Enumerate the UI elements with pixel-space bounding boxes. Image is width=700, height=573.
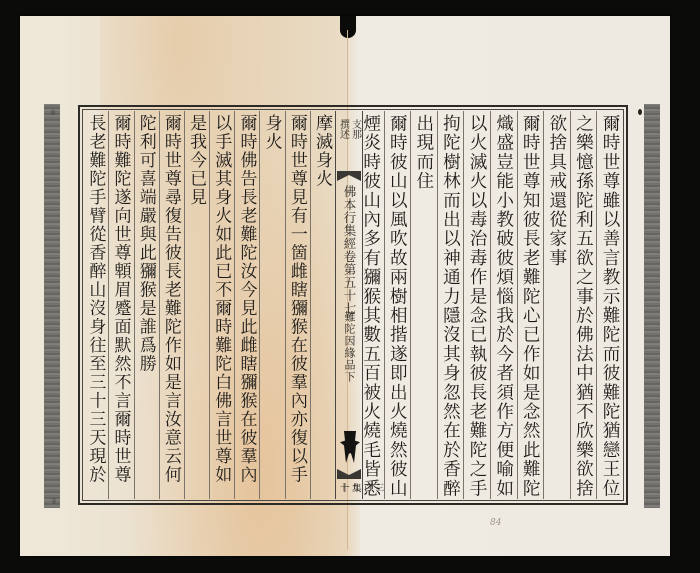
- text-column: 爾時世尊雖以善言教示難陀而彼難陀猶戀王位自在: [596, 111, 623, 499]
- binding-hole-right: [638, 109, 642, 115]
- fishtail-mark-top: [337, 171, 361, 181]
- spine-notch: [340, 16, 356, 38]
- left-page: 摩滅身火 爾時世尊見有一箇雌瞎獼猴在彼羣內亦復以手撲滅 身火 爾時佛告長老難陀汝…: [83, 111, 335, 499]
- right-edge-ink-bar: [644, 104, 660, 508]
- text-column: 長老難陀手臂從香醉山沒身往至三十三天現於波利: [83, 111, 108, 499]
- text-column: 煙炎時彼山內多有獼猴其數五百被火燒毛皆悉存趣: [357, 111, 384, 499]
- text-column: 身火: [259, 111, 284, 499]
- text-column: 熾盛豈能小教破彼煩惱我於今者須作方便喻如世間: [490, 111, 517, 499]
- left-edge-ink-bar: [44, 104, 60, 508]
- text-column: 拘陀樹林而出以神通力隱沒其身忽然在於香醉山上: [437, 111, 464, 499]
- chapter-title: 難陀因緣品下: [336, 311, 362, 383]
- text-column: 爾時難陀遂向世尊䫌眉蹙面默然不言爾時世尊執持: [108, 111, 133, 499]
- fishtail-mark-bottom: [337, 469, 361, 479]
- text-column: 是我今已見: [184, 111, 209, 499]
- volume-mark: 集十: [337, 483, 361, 499]
- origin-label: 支那 撰述: [336, 119, 362, 139]
- printed-frame: 爾時世尊雖以善言教示難陀而彼難陀猶戀王位自在 之樂憶孫陀利五欲之事於佛法中猶不欣…: [78, 105, 628, 505]
- text-column: 陀利可喜端嚴與此獼猴是誰爲勝: [134, 111, 159, 499]
- text-column: 摩滅身火: [310, 111, 335, 499]
- text-column: 爾時彼山以風吹故兩樹相揩遂即出火燒然彼山出大: [384, 111, 411, 499]
- text-column: 欲捨具戒還從家事: [543, 111, 570, 499]
- text-column: 以火滅火以毒治毒作是念已執彼長老難陀之手從尼: [463, 111, 490, 499]
- right-page: 爾時世尊雖以善言教示難陀而彼難陀猶戀王位自在 之樂憶孫陀利五欲之事於佛法中猶不欣…: [357, 111, 623, 499]
- text-column: 爾時世尊見有一箇雌瞎獼猴在彼羣內亦復以手撲滅: [285, 111, 310, 499]
- text-column: 以手滅其身火如此已不爾時難陀白佛言世尊如是如: [209, 111, 234, 499]
- text-column: 爾時世尊知彼長老難陀心已作如是念然此難陀煩惱: [517, 111, 544, 499]
- text-column: 爾時佛告長老難陀汝今見此雌瞎獼猴在彼羣內亦復: [234, 111, 259, 499]
- pencil-annotation: 84: [490, 518, 501, 528]
- center-strip: 支那 撰述 佛本行集經卷第五十七 難陀因緣品下 集十 三百九十: [335, 111, 363, 499]
- text-column: 爾時世尊尋復告彼長老難陀作如是言汝意云何汝孫: [159, 111, 184, 499]
- ink-seal-icon: [332, 431, 368, 463]
- page-number: 三百九十: [337, 483, 385, 499]
- text-column: 之樂憶孫陀利五欲之事於佛法中猶不欣樂欲捨梵行: [570, 111, 597, 499]
- text-column: 出現而住: [410, 111, 437, 499]
- sutra-title: 佛本行集經卷第五十七: [336, 185, 362, 315]
